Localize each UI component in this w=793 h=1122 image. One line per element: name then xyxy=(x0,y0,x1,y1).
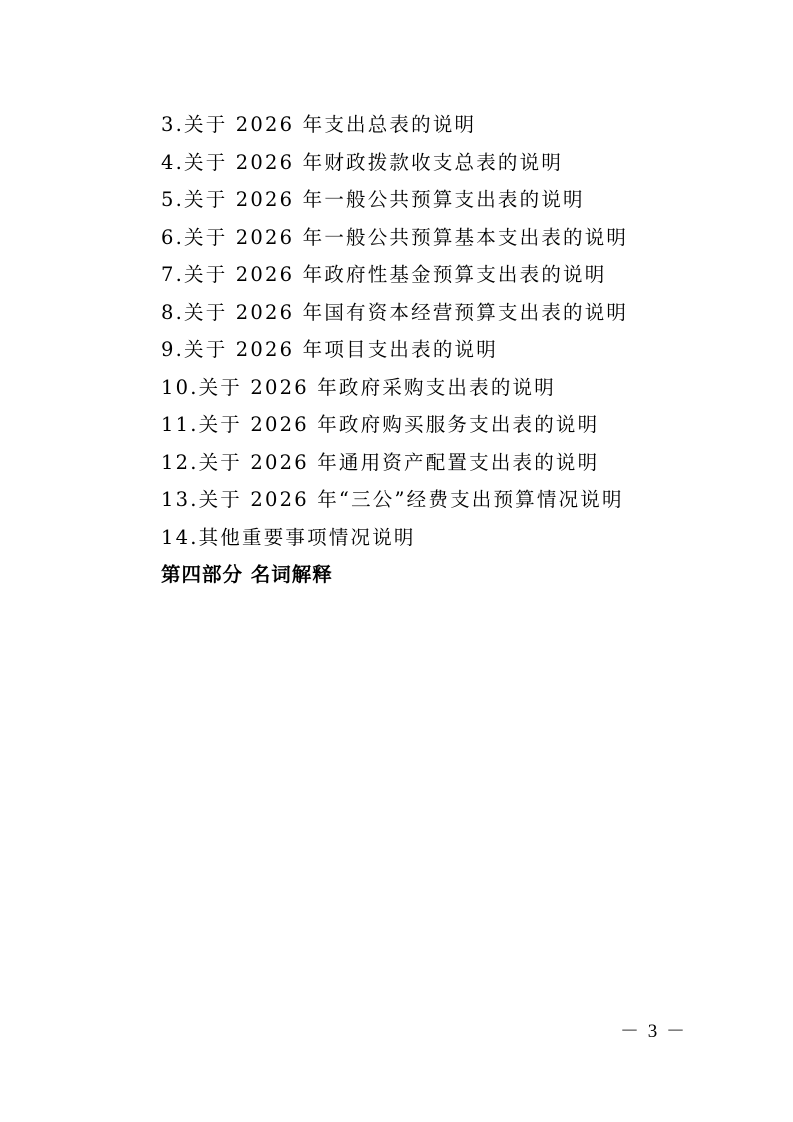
toc-item: 8.关于 2026 年国有资本经营预算支出表的说明 xyxy=(161,294,628,332)
toc-item: 11.关于 2026 年政府购买服务支出表的说明 xyxy=(161,406,628,444)
toc-item: 5.关于 2026 年一般公共预算支出表的说明 xyxy=(161,181,628,219)
section-heading: 第四部分 名词解释 xyxy=(161,556,628,594)
toc-item: 7.关于 2026 年政府性基金预算支出表的说明 xyxy=(161,256,628,294)
table-of-contents: 3.关于 2026 年支出总表的说明 4.关于 2026 年财政拨款收支总表的说… xyxy=(161,106,628,594)
toc-item: 3.关于 2026 年支出总表的说明 xyxy=(161,106,628,144)
toc-item: 9.关于 2026 年项目支出表的说明 xyxy=(161,331,628,369)
page-number: － 3 － xyxy=(620,1016,687,1043)
toc-item: 6.关于 2026 年一般公共预算基本支出表的说明 xyxy=(161,219,628,257)
toc-item: 4.关于 2026 年财政拨款收支总表的说明 xyxy=(161,144,628,182)
toc-item: 12.关于 2026 年通用资产配置支出表的说明 xyxy=(161,444,628,482)
toc-item: 14.其他重要事项情况说明 xyxy=(161,519,628,557)
toc-item: 13.关于 2026 年“三公”经费支出预算情况说明 xyxy=(161,481,628,519)
toc-item: 10.关于 2026 年政府采购支出表的说明 xyxy=(161,369,628,407)
